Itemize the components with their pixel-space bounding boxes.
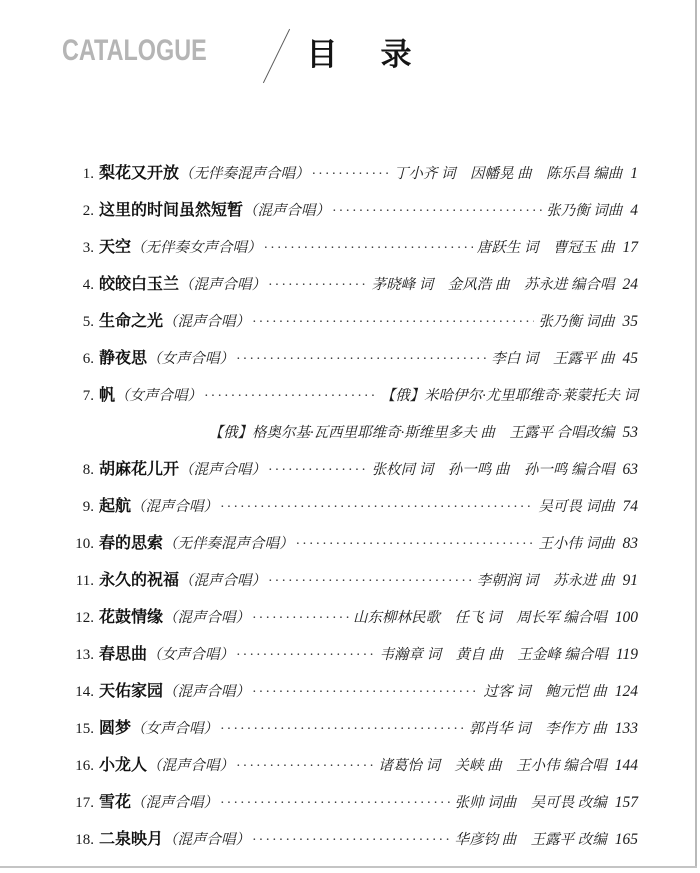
item-credits: 过客 词 鲍元恺 曲 [484,681,607,704]
item-page-number: 83 [623,532,639,555]
item-page-number: 144 [615,754,638,777]
leader-dots: ········································… [236,644,376,667]
item-number: 4. [70,274,94,297]
item-page-number-line2: 53 [623,421,639,444]
item-voicing-type: （女声合唱） [147,348,234,371]
toc-item: 4. 皎皎白玉兰 （混声合唱） ························… [70,273,638,297]
item-voicing-type: （混声合唱） [131,792,218,815]
leader-dots: ········································… [268,570,473,593]
toc-item: 1. 梨花又开放 （无伴奏混声合唱） ·····················… [70,162,638,186]
item-voicing-type: （女声合唱） [147,644,234,667]
item-title: 春思曲 [99,643,147,666]
toc-item: 5. 生命之光 （混声合唱） ·························… [70,310,638,334]
item-voicing-type: （女声合唱） [131,718,218,741]
item-voicing-type: （无伴奏女声合唱） [131,237,262,260]
toc-item: 17. 雪花 （混声合唱） ··························… [70,791,638,815]
item-number: 11. [70,570,94,593]
toc-item-continuation: 【俄】格奥尔基·瓦西里耶维奇·斯维里多夫 曲 王露平 合唱改编 53 [70,421,638,445]
item-credits: 茅晓峰 词 金风浩 曲 苏永进 编合唱 [372,274,615,297]
item-number: 8. [70,459,94,482]
item-page-number: 24 [623,273,639,296]
leader-dots: ········································… [220,792,450,815]
leader-dots: ········································… [312,163,390,186]
item-page-number: 4 [630,199,638,222]
toc-item: 11. 永久的祝福 （混声合唱） ·······················… [70,569,638,593]
scan-edge-right [695,0,697,868]
leader-dots: ········································… [220,496,534,519]
item-voicing-type: （混声合唱） [163,829,250,852]
item-number: 6. [70,348,94,371]
catalogue-label: CATALOGUE [62,34,207,68]
leader-dots: ········································… [236,755,374,778]
item-number: 7. [70,385,94,408]
item-page-number: 157 [615,791,638,814]
scan-edge-bottom [0,866,697,868]
item-credits: 【俄】米哈伊尔·尤里耶维奇·莱蒙托夫 词 [381,385,638,408]
item-number: 14. [70,681,94,704]
leader-dots: ········································… [252,311,534,334]
item-number: 16. [70,755,94,778]
leader-dots: ········································… [252,829,450,852]
toc-item: 3. 天空 （无伴奏女声合唱） ························… [70,236,638,260]
item-page-number: 1 [630,162,638,185]
item-title: 永久的祝福 [99,569,179,592]
item-title: 圆梦 [99,717,131,740]
item-number: 3. [70,237,94,260]
toc-item: 12. 花鼓情缘 （混声合唱） ························… [70,606,638,630]
item-page-number: 35 [623,310,639,333]
item-number: 1. [70,163,94,186]
item-credits-line2: 【俄】格奥尔基·瓦西里耶维奇·斯维里多夫 曲 王露平 合唱改编 [209,422,615,445]
leader-dots: ········································… [236,348,487,371]
item-voicing-type: （无伴奏混声合唱） [163,533,294,556]
item-title: 二泉映月 [99,828,163,851]
toc-item: 10. 春的思索 （无伴奏混声合唱） ·····················… [70,532,638,556]
item-voicing-type: （混声合唱） [179,570,266,593]
toc-item: 16. 小龙人 （混声合唱） ·························… [70,754,638,778]
leader-dots: ········································… [220,718,465,741]
page-header: CATALOGUE 目 录 [62,20,418,82]
item-title: 生命之光 [99,310,163,333]
item-number: 18. [70,829,94,852]
item-title: 帆 [99,384,115,407]
toc-item: 8. 胡麻花儿开 （混声合唱） ························… [70,458,638,482]
item-title: 春的思索 [99,532,163,555]
item-number: 10. [70,533,94,556]
leader-dots: ········································… [252,607,349,630]
leader-dots: ········································… [296,533,535,556]
item-credits: 华彦钧 曲 王露平 改编 [455,829,607,852]
item-voicing-type: （混声合唱） [131,496,218,519]
leader-dots: ········································… [252,681,479,704]
toc-item: 2. 这里的时间虽然短暂 （混声合唱） ····················… [70,199,638,223]
item-credits: 张枚同 词 孙一鸣 曲 孙一鸣 编合唱 [372,459,615,482]
toc-list: 1. 梨花又开放 （无伴奏混声合唱） ·····················… [0,162,700,865]
item-credits: 李白 词 王露平 曲 [491,348,614,371]
item-voicing-type: （混声合唱） [179,459,266,482]
item-title: 梨花又开放 [99,162,179,185]
item-title: 胡麻花儿开 [99,458,179,481]
item-voicing-type: （混声合唱） [163,311,250,334]
item-voicing-type: （混声合唱） [147,755,234,778]
toc-item: 14. 天佑家园 （混声合唱） ························… [70,680,638,704]
item-title: 小龙人 [99,754,147,777]
item-title: 天空 [99,236,131,259]
leader-dots: ········································… [204,385,377,408]
item-voicing-type: （混声合唱） [163,607,250,630]
item-number: 2. [70,200,94,223]
item-number: 5. [70,311,94,334]
item-credits: 郭肖华 词 李作方 曲 [469,718,607,741]
item-credits: 张乃衡 词曲 [538,311,614,334]
item-page-number: 119 [616,643,638,666]
toc-item: 7. 帆 （女声合唱） ····························… [70,384,638,408]
item-title: 花鼓情缘 [99,606,163,629]
item-page-number: 91 [623,569,639,592]
toc-item: 18. 二泉映月 （混声合唱） ························… [70,828,638,852]
item-page-number: 45 [623,347,639,370]
item-page-number: 63 [623,458,639,481]
leader-dots: ········································… [268,459,368,482]
item-credits: 张乃衡 词曲 [546,200,622,223]
item-page-number: 17 [623,236,639,259]
item-credits: 王小伟 词曲 [538,533,614,556]
item-number: 17. [70,792,94,815]
item-credits: 吴可畏 词曲 [538,496,614,519]
item-credits: 张帅 词曲 吴可畏 改编 [455,792,607,815]
item-voicing-type: （混声合唱） [243,200,330,223]
toc-item: 15. 圆梦 （女声合唱） ··························… [70,717,638,741]
toc-item: 13. 春思曲 （女声合唱） ·························… [70,643,638,667]
item-title: 静夜思 [99,347,147,370]
item-number: 12. [70,607,94,630]
item-title: 起航 [99,495,131,518]
item-page-number: 165 [615,828,638,851]
item-number: 9. [70,496,94,519]
item-page-number: 133 [615,717,638,740]
item-credits: 诸葛怡 词 关峡 曲 王小伟 编合唱 [378,755,606,778]
item-credits: 丁小齐 词 因幡晃 曲 陈乐昌 编曲 [394,163,622,186]
item-credits: 李朝润 词 苏永进 曲 [477,570,615,593]
item-voicing-type: （混声合唱） [179,274,266,297]
item-title: 雪花 [99,791,131,814]
item-title: 皎皎白玉兰 [99,273,179,296]
page-title: 目 录 [307,29,418,74]
toc-item: 9. 起航 （混声合唱） ···························… [70,495,638,519]
leader-dots: ········································… [264,237,473,260]
leader-dots: ········································… [332,200,542,223]
slash-divider-line [262,29,289,83]
leader-dots: ········································… [268,274,368,297]
item-number: 15. [70,718,94,741]
item-title: 天佑家园 [99,680,163,703]
item-number: 13. [70,644,94,667]
item-credits: 唐跃生 词 曹冠玉 曲 [477,237,615,260]
item-page-number: 74 [623,495,639,518]
item-page-number: 100 [615,606,638,629]
item-credits: 山东柳林民歌 任飞 词 周长军 编合唱 [353,607,607,630]
item-voicing-type: （无伴奏混声合唱） [179,163,310,186]
item-voicing-type: （女声合唱） [115,385,202,408]
toc-item: 6. 静夜思 （女声合唱） ··························… [70,347,638,371]
item-title: 这里的时间虽然短暂 [99,199,243,222]
item-credits: 韦瀚章 词 黄自 曲 王金峰 编合唱 [380,644,608,667]
item-voicing-type: （混声合唱） [163,681,250,704]
item-page-number: 124 [615,680,638,703]
